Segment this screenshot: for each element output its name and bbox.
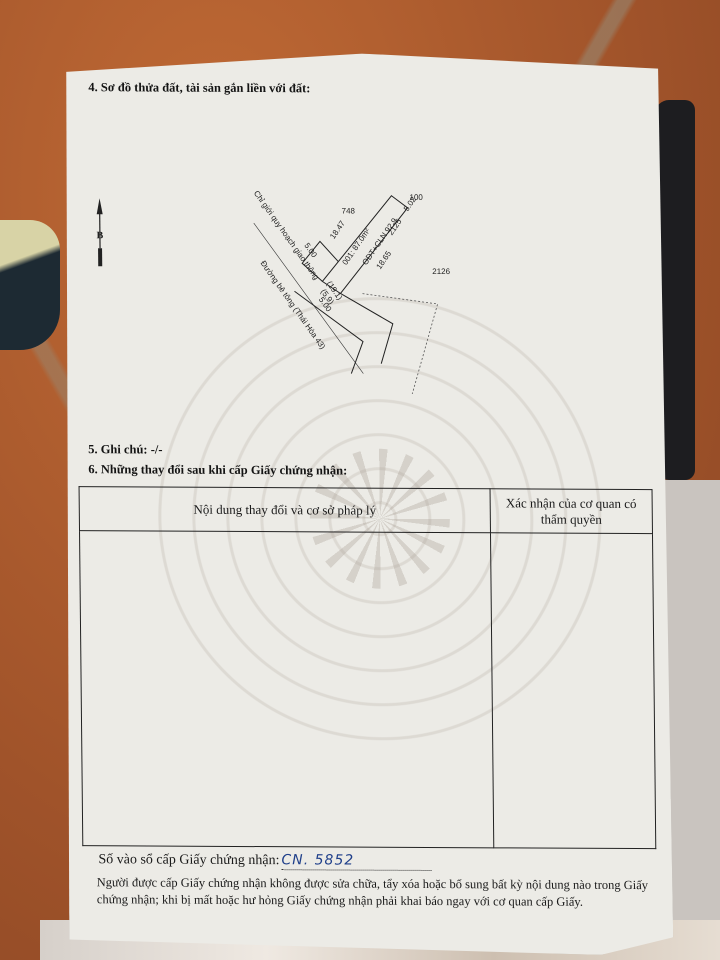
svg-text:18.47: 18.47: [328, 219, 347, 241]
registration-number-field: CN. 5852: [281, 853, 431, 871]
header-change-content: Nội dung thay đổi và cơ sở pháp lý: [79, 487, 490, 533]
footer-note: Người được cấp Giấy chứng nhận không đượ…: [97, 874, 657, 911]
change-content-cell: [80, 531, 494, 848]
svg-text:748: 748: [342, 206, 356, 215]
header-authority-confirmation: Xác nhận của cơ quan có thẩm quyền: [490, 489, 652, 534]
parcel-diagram: 748 100 2126 001: 87.0m² ODT+CLN 92.9 21…: [241, 173, 483, 394]
section6-title: 6. Những thay đổi sau khi cấp Giấy chứng…: [88, 462, 347, 478]
registration-line: Số vào sổ cấp Giấy chứng nhận: CN. 5852: [98, 852, 431, 871]
authority-confirmation-cell: [490, 533, 655, 849]
registration-number: CN. 5852: [281, 852, 354, 868]
table-row: [80, 531, 656, 849]
changes-table: Nội dung thay đổi và cơ sở pháp lý Xác n…: [79, 486, 657, 849]
section5-note: 5. Ghi chú: -/-: [88, 442, 162, 457]
section4-title: 4. Sơ đồ thửa đất, tài sản gắn liền với …: [88, 80, 310, 96]
background-chair-left: [0, 220, 60, 350]
north-arrow-icon: B: [95, 198, 106, 268]
land-certificate-page: 4. Sơ đồ thửa đất, tài sản gắn liền với …: [60, 52, 673, 955]
svg-text:2126: 2126: [432, 267, 450, 276]
svg-text:B: B: [97, 230, 104, 241]
registration-label: Số vào sổ cấp Giấy chứng nhận:: [98, 852, 279, 868]
table-header-row: Nội dung thay đổi và cơ sở pháp lý Xác n…: [79, 487, 652, 534]
